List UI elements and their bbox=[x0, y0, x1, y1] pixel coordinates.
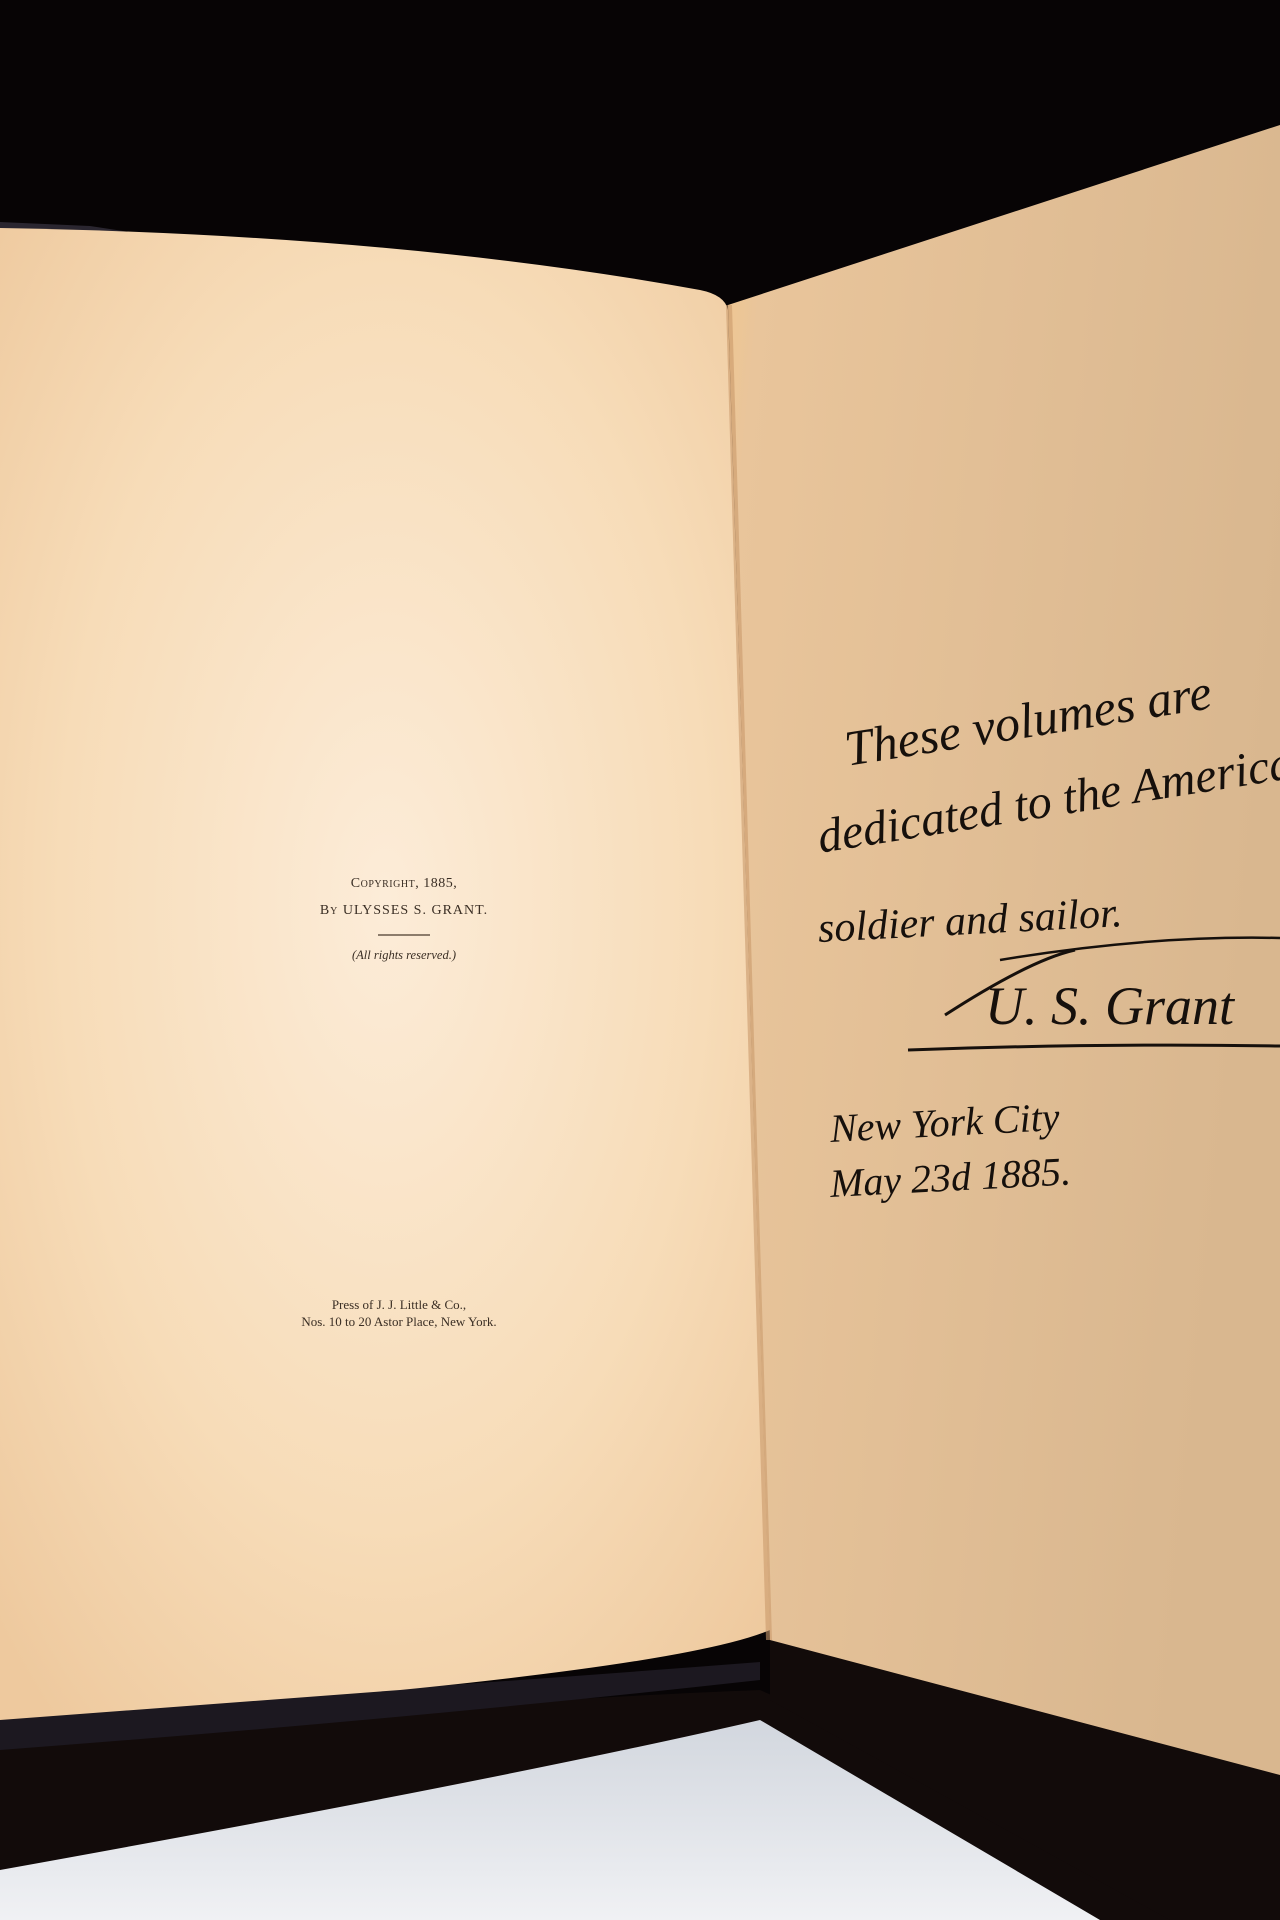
press-line-2: Nos. 10 to 20 Astor Place, New York. bbox=[264, 1314, 534, 1330]
author-line: By ULYSSES S. GRANT. bbox=[284, 903, 524, 919]
book-shapes bbox=[0, 0, 1280, 1920]
press-line-1: Press of J. J. Little & Co., bbox=[264, 1297, 534, 1313]
right-page bbox=[728, 125, 1280, 1775]
copyright-line: Copyright, 1885, bbox=[304, 876, 504, 892]
rights-line: (All rights reserved.) bbox=[304, 948, 504, 963]
book-photo: Copyright, 1885, By ULYSSES S. GRANT. (A… bbox=[0, 0, 1280, 1920]
left-page bbox=[0, 228, 770, 1720]
signature: U. S. Grant bbox=[985, 975, 1234, 1037]
